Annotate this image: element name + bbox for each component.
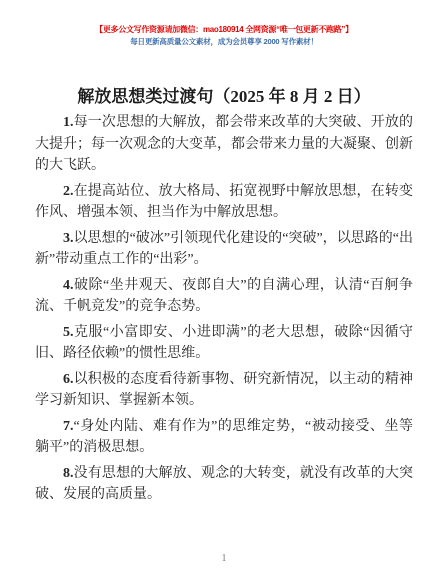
promo-line-blue: 每日更新高质量公文素材，成为会员尊享 2000 写作素材！ bbox=[0, 36, 448, 48]
paragraph-text: 克服“小富即安、小进即满”的老大思想，破除“因循守旧、路径依赖”的惯性思维。 bbox=[35, 325, 413, 362]
paragraph-7: 7.“身处内陆、难有作为”的思维定势，“被动接受、坐等躺平”的消极思想。 bbox=[35, 416, 413, 459]
document-page: 【更多公文写作资源请加微信：mao180914 全网资源“唯一包更新不跑路”】 … bbox=[0, 0, 448, 580]
paragraph-text: 以思想的“破冰”引领现代化建设的“突破”，以思路的“出新”带动重点工作的“出彩”… bbox=[35, 231, 413, 268]
paragraph-text: 破除“坐井观天、夜郎自大”的自满心理，认清“百舸争流、千帆竞发”的竞争态势。 bbox=[35, 278, 413, 315]
paragraph-8: 8.没有思想的大解放、观念的大转变，就没有改革的大突破、发展的高质量。 bbox=[35, 463, 413, 506]
paragraph-number: 7. bbox=[63, 419, 74, 434]
paragraph-1: 1.每一次思想的大解放，都会带来改革的大突破、开放的大提升；每一次观念的大变革，… bbox=[35, 112, 413, 177]
paragraph-2: 2.在提高站位、放大格局、拓宽视野中解放思想，在转变作风、增强本领、担当作为中解… bbox=[35, 181, 413, 224]
paragraph-5: 5.克服“小富即安、小进即满”的老大思想，破除“因循守旧、路径依赖”的惯性思维。 bbox=[35, 322, 413, 365]
promo-line-red: 【更多公文写作资源请加微信：mao180914 全网资源“唯一包更新不跑路”】 bbox=[0, 23, 448, 36]
promo-header: 【更多公文写作资源请加微信：mao180914 全网资源“唯一包更新不跑路”】 … bbox=[0, 23, 448, 48]
paragraph-6: 6.以积极的态度看待新事物、研究新情况，以主动的精神学习新知识、掌握新本领。 bbox=[35, 369, 413, 412]
paragraph-number: 3. bbox=[63, 231, 74, 246]
document-body: 1.每一次思想的大解放，都会带来改革的大突破、开放的大提升；每一次观念的大变革，… bbox=[35, 112, 413, 510]
paragraph-number: 4. bbox=[63, 278, 74, 293]
paragraph-number: 1. bbox=[63, 115, 74, 130]
paragraph-text: 以积极的态度看待新事物、研究新情况，以主动的精神学习新知识、掌握新本领。 bbox=[35, 372, 413, 409]
paragraph-text: 每一次思想的大解放，都会带来改革的大突破、开放的大提升；每一次观念的大变革，都会… bbox=[35, 115, 413, 173]
paragraph-number: 5. bbox=[63, 325, 74, 340]
paragraph-text: “身处内陆、难有作为”的思维定势，“被动接受、坐等躺平”的消极思想。 bbox=[35, 419, 413, 456]
paragraph-4: 4.破除“坐井观天、夜郎自大”的自满心理，认清“百舸争流、千帆竞发”的竞争态势。 bbox=[35, 275, 413, 318]
paragraph-3: 3.以思想的“破冰”引领现代化建设的“突破”，以思路的“出新”带动重点工作的“出… bbox=[35, 228, 413, 271]
paragraph-number: 8. bbox=[63, 466, 74, 481]
paragraph-number: 2. bbox=[63, 184, 74, 199]
page-number: 1 bbox=[0, 553, 448, 564]
paragraph-number: 6. bbox=[63, 372, 74, 387]
paragraph-text: 没有思想的大解放、观念的大转变，就没有改革的大突破、发展的高质量。 bbox=[35, 466, 413, 503]
document-title: 解放思想类过渡句（2025 年 8 月 2 日） bbox=[0, 82, 448, 107]
paragraph-text: 在提高站位、放大格局、拓宽视野中解放思想，在转变作风、增强本领、担当作为中解放思… bbox=[35, 184, 413, 221]
